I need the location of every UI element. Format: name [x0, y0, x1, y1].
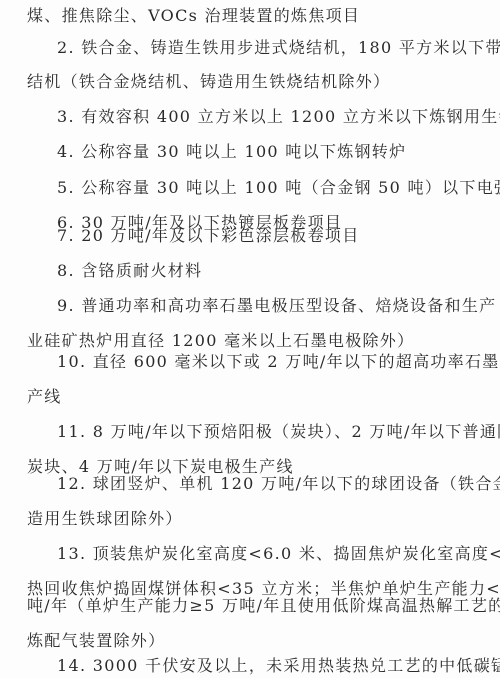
- list-item-11: 11. 8 万吨/年以下预焙阳极（炭块）、2 万吨/年以下普通阴极: [57, 422, 472, 442]
- text-line: 煤、推焦除尘、VOCs 治理装置的炼焦项目: [27, 6, 472, 26]
- text-line: 业硅矿热炉用直径 1200 毫米以上石墨电极除外）: [27, 331, 472, 351]
- text-line: 结机（铁合金烧结机、铸造用生铁烧结机除外）: [27, 72, 472, 92]
- text-line: 吨/年（单炉生产能力≥5 万吨/年且使用低阶煤高温热解工艺的镁冶: [27, 596, 472, 616]
- list-item-5: 5. 公称容量 30 吨以上 100 吨（合金钢 50 吨）以下电弧炉: [57, 178, 472, 198]
- list-item-14: 14. 3000 千伏安及以上，未采用热装热兑工艺的中低碳锰铁、: [57, 656, 472, 676]
- list-item-10: 10. 直径 600 毫米以下或 2 万吨/年以下的超高功率石墨电极生: [57, 352, 472, 372]
- text-line: 产线: [27, 387, 472, 407]
- list-item-4: 4. 公称容量 30 吨以上 100 吨以下炼钢转炉: [57, 142, 472, 162]
- text-line: 造用生铁球团除外）: [27, 509, 472, 529]
- text-line: 炼配气装置除外）: [27, 631, 472, 651]
- list-item-8: 8. 含铬质耐火材料: [57, 261, 472, 281]
- list-item-9: 9. 普通功率和高功率石墨电极压型设备、焙烧设备和生产（工: [57, 296, 472, 316]
- list-item-13: 13. 顶装焦炉炭化室高度<6.0 米、捣固焦炉炭化室高度<5.5 米；: [57, 544, 472, 564]
- list-item-12: 12. 球团竖炉、单机 120 万吨/年以下的球团设备（铁合金、铸: [57, 474, 472, 494]
- list-item-7: 7. 20 万吨/年及以下彩色涂层板卷项目: [57, 226, 472, 246]
- document-page: 煤、推焦除尘、VOCs 治理装置的炼焦项目 2. 铁合金、铸造生铁用步进式烧结机…: [0, 0, 500, 678]
- list-item-2: 2. 铁合金、铸造生铁用步进式烧结机，180 平方米以下带式烧: [57, 38, 472, 58]
- list-item-3: 3. 有效容积 400 立方米以上 1200 立方米以下炼钢用生铁高炉: [57, 107, 472, 127]
